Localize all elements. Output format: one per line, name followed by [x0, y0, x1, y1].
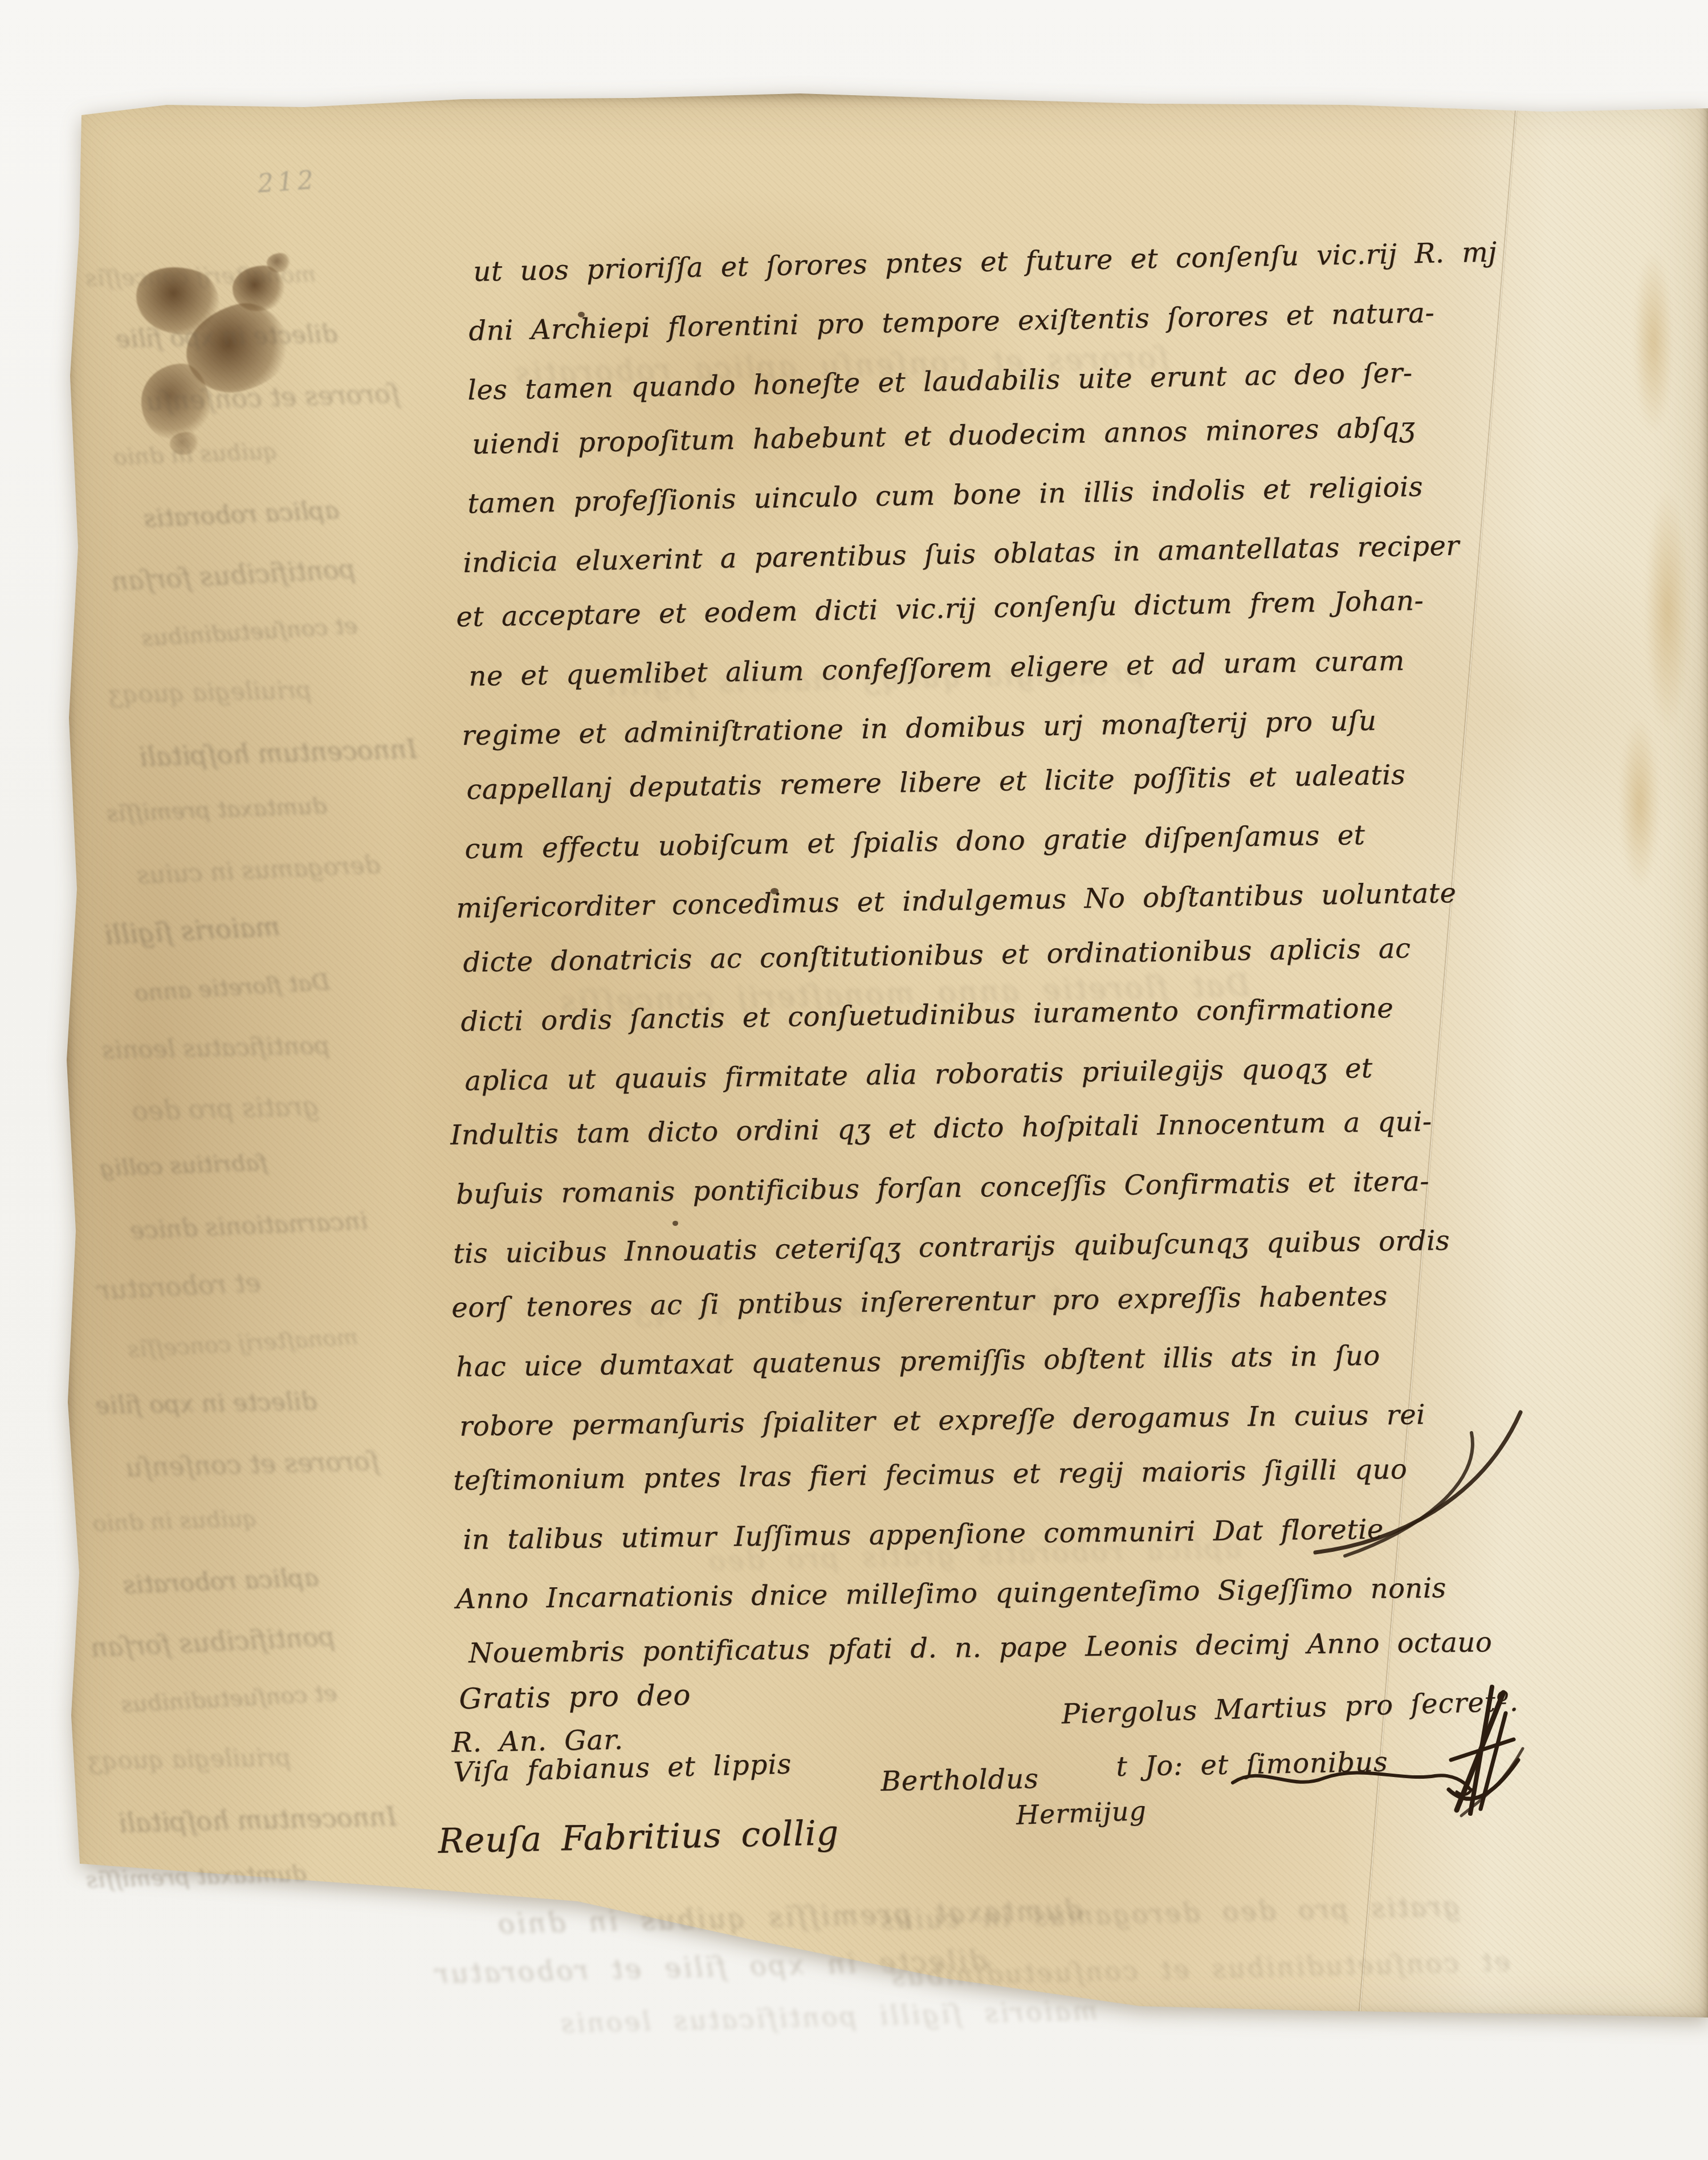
stain-mark: [1633, 251, 1673, 433]
closing-gratis-line: Gratis pro deo: [459, 1678, 691, 1715]
witness-flourish-stroke: [1230, 1759, 1475, 1804]
ink-speck: [672, 1221, 678, 1226]
ink-blot: [170, 432, 199, 455]
scanner-bed: 212 ut uos prioriſſa et ſorores pntes et…: [0, 0, 1708, 2160]
notary-paraph-icon: [1446, 1680, 1526, 1817]
ink-blot: [233, 266, 285, 311]
dat-flourish-stroke: [1311, 1403, 1539, 1563]
closing-witness-hermijug: Hermijug: [1016, 1795, 1147, 1831]
stain-mark: [1620, 718, 1660, 889]
registration-note-line: Reuſa Fabritius collig: [438, 1813, 839, 1861]
stain-mark: [1645, 490, 1690, 729]
archival-folio-number: 212: [256, 165, 318, 198]
closing-witness-bertholdus: Bertholdus: [881, 1763, 1039, 1798]
ink-blot: [267, 253, 291, 272]
